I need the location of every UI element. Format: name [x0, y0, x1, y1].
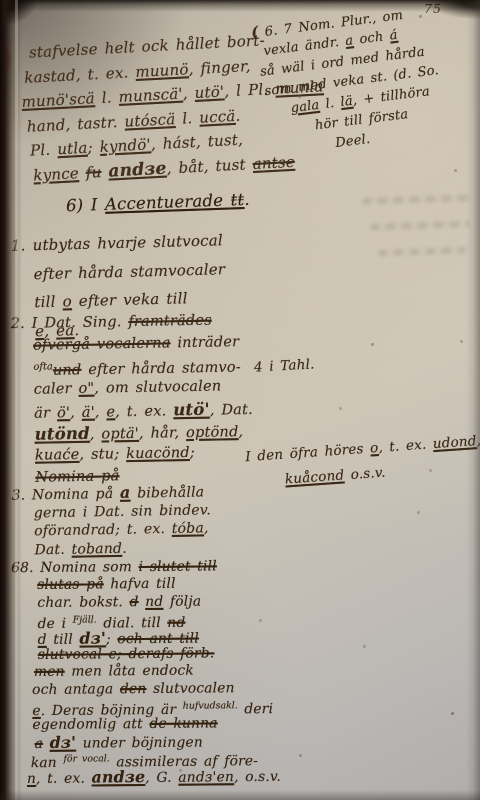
text-segment: ,: [70, 405, 82, 421]
text-segment: dз': [79, 628, 106, 647]
text-segment: a: [120, 483, 131, 502]
text-segment: 68. Nomina som: [11, 559, 139, 576]
page-bottom-edge: [0, 790, 480, 800]
text-segment: kastad, t. ex.: [24, 63, 136, 87]
text-segment: bibehålla: [130, 484, 204, 501]
text-segment: utla: [57, 139, 88, 159]
text-segment: , om slutvocalen: [94, 378, 221, 396]
text-segment: för vocal.: [63, 754, 109, 765]
text-segment: kuacönd: [126, 445, 190, 462]
page-right-edge: [466, 0, 480, 800]
text-segment: , t. ex.: [115, 403, 173, 420]
handwritten-line: 6) I Accentuerade ŧŧ.: [66, 188, 251, 218]
text-segment: caler: [34, 381, 79, 398]
handwritten-line: men men låta endock: [34, 662, 280, 682]
text-segment: l.: [318, 95, 341, 112]
margin-note-tahl: 4 i Tahl.: [254, 354, 316, 377]
text-segment: ;: [106, 631, 118, 647]
text-segment: , hást, tust,: [150, 131, 243, 154]
text-segment: under böjningen: [76, 734, 203, 751]
text-segment: , finger,: [188, 57, 251, 78]
text-segment: utönd: [34, 423, 90, 444]
text-segment: 2. I Dat. Sing.: [11, 314, 129, 332]
text-segment: 3. Nomina på: [11, 486, 120, 504]
text-segment: framträdes: [128, 313, 212, 330]
text-segment: i slutet till: [139, 558, 217, 575]
text-segment: den: [120, 681, 147, 697]
text-segment: utö': [194, 82, 225, 102]
text-segment: andзe: [92, 767, 146, 786]
text-segment: öfvergå vocalerna: [33, 335, 171, 353]
handwritten-line: slutas på hafva till: [37, 575, 279, 595]
text-segment: munö'scä: [21, 89, 95, 111]
text-segment: optönd: [186, 424, 239, 441]
text-segment: och: [352, 29, 390, 48]
handwritten-line: 4 i Tahl.: [254, 354, 316, 377]
text-segment: dз': [50, 733, 77, 752]
text-segment: 4 i Tahl.: [254, 356, 315, 375]
text-segment: efter veka till: [72, 289, 188, 310]
text-segment: men låta endock: [65, 663, 194, 680]
text-segment: och ant till: [117, 630, 199, 647]
text-segment: deri: [238, 701, 274, 717]
handwritten-line: utönd, optä', hår, optönd,: [34, 419, 253, 445]
text-segment: I den öfra höres: [245, 441, 371, 466]
text-segment: Deel.: [334, 132, 371, 151]
text-segment: nd: [145, 594, 163, 610]
handwritten-line: kan för vocal. assimileras af före-: [31, 749, 281, 769]
text-segment: ofta: [33, 361, 53, 372]
text-segment: ,: [90, 427, 102, 443]
text-segment: char. bokst.: [37, 594, 129, 611]
text-segment: ;: [190, 445, 195, 461]
text-segment: ,: [204, 520, 209, 536]
text-segment: gala: [290, 98, 320, 116]
handwritten-line: slutvocal e; derafs förb.: [38, 645, 280, 665]
text-segment: slutas på: [37, 577, 104, 594]
handwritten-line: Dat. toband.: [34, 538, 211, 560]
text-segment: Dat.: [34, 541, 71, 558]
text-segment: und: [53, 362, 82, 378]
text-segment: efter hårda stamvocaler: [33, 260, 225, 283]
text-segment: Pl.: [30, 140, 58, 159]
text-segment: ;: [87, 138, 100, 157]
text-segment: optä': [101, 426, 139, 443]
text-segment: hafva till: [104, 576, 176, 593]
handwriting-layer: stafvelse helt ock hållet bort-kastad, t…: [0, 0, 480, 800]
handwritten-line: n, t. ex. andзe, G. andз'en, o.s.v.: [27, 767, 281, 787]
section-heading: 6) I Accentuerade ŧŧ.: [66, 188, 251, 218]
text-segment: hand, tastr.: [26, 112, 125, 135]
item-68: 68. Nomina som i slutet tillslutas på ha…: [9, 558, 281, 786]
text-segment: är: [34, 405, 57, 421]
handwritten-line: a dз' under böjningen: [35, 732, 281, 752]
text-segment: 6) I: [66, 195, 106, 215]
text-segment: á: [389, 28, 399, 44]
text-segment: inträder: [170, 334, 239, 351]
text-segment: n: [27, 771, 36, 787]
text-segment: tóba: [172, 520, 204, 537]
text-segment: , t. ex.: [378, 436, 434, 456]
text-segment: de kunna: [149, 715, 217, 732]
text-segment: hufvudsakl.: [183, 700, 238, 711]
handwritten-line: oförandrad; t. ex. tóba,: [34, 519, 211, 541]
text-segment: .: [244, 190, 250, 209]
text-segment: , hår,: [139, 425, 186, 442]
text-segment: Accentuerade ŧŧ: [105, 190, 245, 214]
text-segment: l.: [175, 108, 200, 127]
text-segment: l.: [94, 88, 119, 107]
text-segment: Fjäll.: [73, 615, 97, 626]
text-segment: ,: [238, 424, 243, 440]
text-segment: kuaće: [35, 447, 80, 464]
text-segment: , stu;: [79, 446, 126, 463]
text-segment: d: [38, 631, 47, 647]
text-segment: utóscä: [124, 110, 176, 131]
handwritten-line: de i Fjäll. dial. till nd: [37, 610, 279, 630]
text-segment: ö': [57, 405, 70, 421]
text-segment: kyndö': [99, 135, 151, 156]
text-segment: till: [47, 631, 80, 647]
text-segment: ,: [95, 404, 107, 420]
item-3: 3. Nomina på a bibehållagerna i Dat. sin…: [11, 482, 211, 559]
manuscript-photo: stafvelse helt ock hållet bort-kastad, t…: [0, 0, 480, 800]
text-segment: o": [78, 381, 94, 397]
handwritten-line: och antaga den slutvocalen: [32, 680, 280, 700]
text-segment: , Dat.: [210, 402, 253, 419]
text-segment: följa: [163, 593, 201, 609]
text-segment: egendomlig att: [32, 715, 149, 732]
text-segment: kuåcond: [284, 467, 344, 487]
handwritten-line: d till dз'; och ant till: [38, 627, 280, 647]
text-segment: o.s.v.: [344, 465, 386, 484]
handwritten-line: e. Deras böjning är hufvudsakl. deri: [32, 697, 280, 717]
text-segment: d: [130, 594, 139, 610]
text-segment: ä': [82, 405, 95, 421]
text-segment: 1. utbytas hvarje slutvocal: [11, 231, 223, 255]
text-segment: gerna i Dat. sin bindev.: [34, 502, 211, 521]
text-segment: slutvocalen: [146, 680, 234, 697]
text-segment: .: [122, 540, 127, 556]
text-segment: andз'en: [178, 769, 234, 785]
text-segment: till: [34, 292, 63, 311]
text-segment: toband: [71, 540, 122, 557]
text-segment: utö': [173, 399, 210, 420]
item-2: 2. I Dat. Sing. framträdesöfvergå vocale…: [10, 309, 254, 489]
text-segment: , G.: [145, 769, 178, 785]
text-segment: muunö: [135, 60, 189, 81]
handwritten-line: efter hårda stamvocaler: [33, 255, 225, 289]
text-segment: oförandrad; t. ex.: [34, 521, 172, 539]
text-segment: fu: [85, 162, 102, 181]
book-binding-edge: [0, 0, 22, 800]
handwritten-line: char. bokst. d nd följa: [37, 593, 279, 613]
text-segment: , o.s.v.: [234, 769, 281, 785]
text-segment: uccä: [199, 106, 236, 126]
text-segment: slutvocal e; derafs förb.: [38, 645, 215, 663]
text-segment: och antaga: [32, 681, 120, 698]
text-segment: e: [106, 404, 115, 420]
margin-note-hores: I den öfra höres o, t. ex. udond,kuåcond…: [245, 429, 480, 495]
text-segment: .: [235, 106, 241, 124]
text-segment: men: [34, 664, 65, 680]
text-segment: , t. ex.: [36, 770, 92, 786]
text-segment: kynce: [33, 164, 79, 184]
text-segment: , båt, tust: [166, 155, 253, 177]
text-segment: munscä': [118, 85, 183, 106]
text-segment: andзe: [108, 158, 167, 181]
